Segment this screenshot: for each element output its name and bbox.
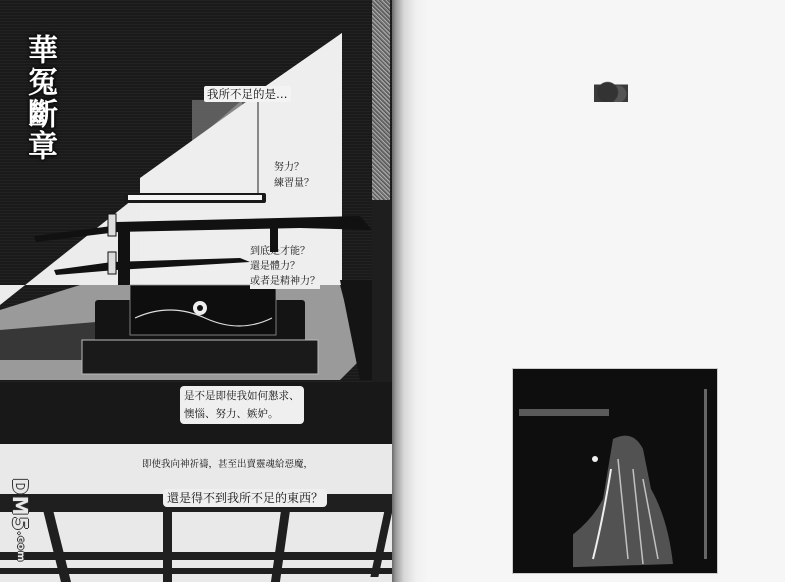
kneeling-figure-illustration: [573, 429, 693, 569]
right-page: [428, 0, 785, 582]
caption-line: 到底是才能？: [250, 244, 320, 259]
caption-line: 練習量？: [274, 176, 314, 192]
caption-effort-question: 努力？ 練習量？: [274, 160, 314, 192]
caption-line: 努力？: [274, 160, 314, 176]
watermark-brand: DM5: [8, 478, 32, 531]
small-decorative-illustration: [594, 70, 628, 102]
site-watermark: DM5.com: [4, 478, 32, 578]
left-page: 華冤斷章 我所不足的是… 努力？ 練習量？ 到底是才能？ 還是體力？ 或者是精神…: [0, 0, 394, 582]
caption-line: 或者是精神力？: [250, 274, 320, 289]
floor-and-sword-stand: [0, 280, 394, 390]
caption-lack: 我所不足的是…: [204, 86, 291, 102]
caption-still: 還是得不到我所不足的東西？: [163, 489, 327, 507]
caption-line: 是不是即使我如何懇求、: [184, 387, 300, 405]
caption-talent-question: 到底是才能？ 還是體力？ 或者是精神力？: [250, 244, 320, 289]
panel-shelf: [519, 409, 609, 416]
panel-edge-line: [704, 389, 707, 559]
kneeling-figure-panel: [512, 368, 718, 574]
caption-prayer: 即使我向神祈禱，甚至出賣靈魂給惡魔，: [142, 457, 313, 473]
caption-even-if: 是不是即使我如何懇求、 懊惱、努力、嫉妒。: [180, 386, 304, 424]
beam-vertical-2: [163, 510, 172, 582]
manga-spread: 華冤斷章 我所不足的是… 努力？ 練習量？ 到底是才能？ 還是體力？ 或者是精神…: [0, 0, 785, 582]
chapter-title: 華冤斷章: [6, 34, 54, 162]
page-gutter: [392, 0, 428, 582]
watermark-suffix: .com: [15, 531, 26, 562]
caption-line: 還是體力？: [250, 259, 320, 274]
textured-wall-strip: [372, 0, 390, 200]
caption-line: 懊惱、努力、嫉妒。: [184, 405, 300, 423]
